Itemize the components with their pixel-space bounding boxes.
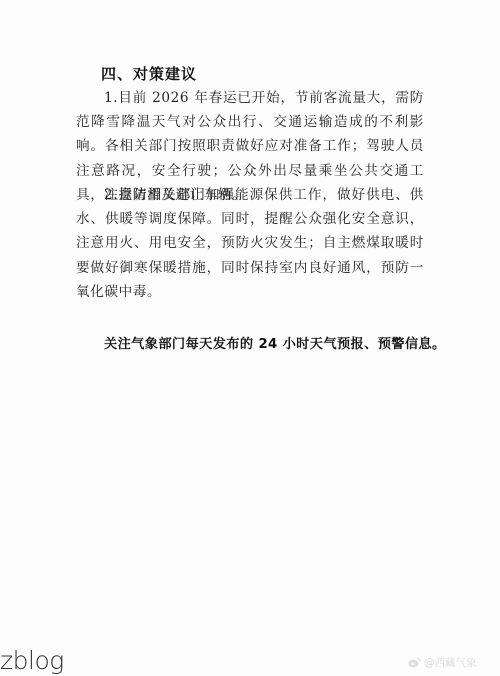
paragraph-number: 1. (104, 90, 118, 106)
watermark-handle: @西藏气象 (424, 655, 477, 670)
forecast-notice: 关注气象部门每天发布的 24 小时天气预报、预警信息。 (104, 333, 446, 352)
paragraph-2: 2.提请相关部门加强能源保供工作，做好供电、供水、供暖等调度保障。同时，提醒公众… (76, 183, 424, 304)
paragraph-number: 2. (104, 187, 118, 203)
paragraph-text: 提请相关部门加强能源保供工作，做好供电、供水、供暖等调度保障。同时，提醒公众强化… (76, 187, 424, 300)
weibo-icon (408, 657, 421, 668)
document-page: 四、对策建议 1.目前 2026 年春运已开始，节前客流量大，需防范降雪降温天气… (0, 0, 500, 676)
weibo-watermark: @西藏气象 (408, 655, 477, 670)
section-heading: 四、对策建议 (101, 63, 197, 84)
site-brand: zblog (0, 646, 64, 676)
